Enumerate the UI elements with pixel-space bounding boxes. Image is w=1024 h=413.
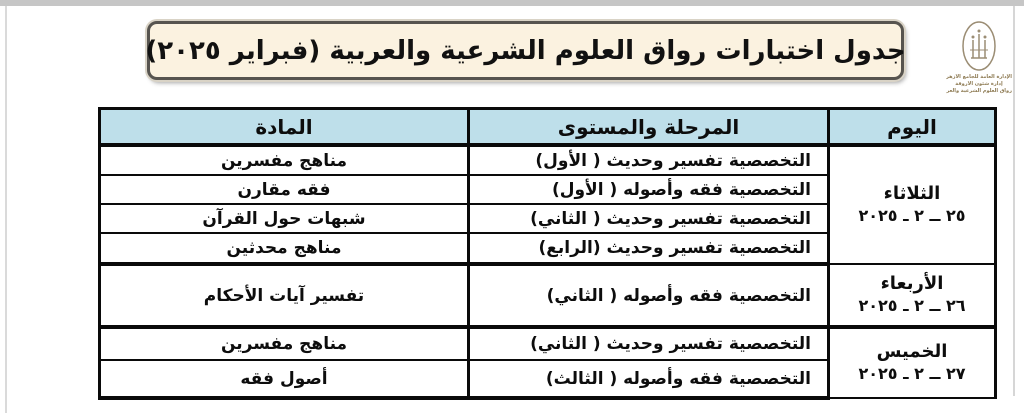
column-header-subject: المادة — [100, 109, 469, 146]
day-date: ٢٥ ــ ٢ ـ ٢٠٢٥ — [836, 205, 988, 227]
day-date: ٢٧ ــ ٢ ـ ٢٠٢٥ — [836, 363, 988, 385]
stage-cell: التخصصية تفسير وحديث ( الثاني) — [469, 204, 829, 233]
table-header-row: اليوم المرحلة والمستوى المادة — [100, 109, 996, 146]
stage-cell: التخصصية تفسير وحديث ( الثاني) — [469, 327, 829, 360]
logo-caption-line2: إدارة شئون الأروقة — [946, 81, 1012, 88]
stage-cell: التخصصية فقه وأصوله ( الثالث) — [469, 360, 829, 398]
logo-caption-line1: الإدارة العامة للجامع الأزهر الشريف — [946, 74, 1012, 81]
day-cell-tuesday: الثلاثاء ٢٥ ــ ٢ ـ ٢٠٢٥ — [829, 145, 996, 264]
stage-cell: التخصصية تفسير وحديث ( الأول) — [469, 145, 829, 175]
column-header-stage: المرحلة والمستوى — [469, 109, 829, 146]
stage-cell: التخصصية فقه وأصوله ( الثاني) — [469, 264, 829, 327]
title-banner: جدول اختبارات رواق العلوم الشرعية والعرب… — [147, 21, 904, 80]
azhar-logo: الإدارة العامة للجامع الأزهر الشريف إدار… — [946, 20, 1012, 95]
subject-cell: تفسير آيات الأحكام — [100, 264, 469, 327]
table-row: الأربعاء ٢٦ ــ ٢ ـ ٢٠٢٥ التخصصية فقه وأص… — [100, 264, 996, 327]
day-cell-thursday: الخميس ٢٧ ــ ٢ ـ ٢٠٢٥ — [829, 327, 996, 398]
scan-edge-top — [0, 0, 1024, 6]
day-date: ٢٦ ــ ٢ ـ ٢٠٢٥ — [836, 295, 988, 317]
day-cell-wednesday: الأربعاء ٢٦ ــ ٢ ـ ٢٠٢٥ — [829, 264, 996, 327]
document-page: جدول اختبارات رواق العلوم الشرعية والعرب… — [0, 0, 1024, 413]
mosque-emblem-icon — [946, 20, 1012, 72]
logo-caption: الإدارة العامة للجامع الأزهر الشريف إدار… — [946, 74, 1012, 95]
table-row: الخميس ٢٧ ــ ٢ ـ ٢٠٢٥ التخصصية تفسير وحد… — [100, 327, 996, 360]
subject-cell: مناهج محدثين — [100, 233, 469, 264]
logo-caption-line3: رواق العلوم الشرعية والعربية — [946, 88, 1012, 95]
subject-cell: أصول فقه — [100, 360, 469, 398]
subject-cell: مناهج مفسرين — [100, 327, 469, 360]
day-name: الأربعاء — [836, 273, 988, 295]
day-name: الثلاثاء — [836, 183, 988, 205]
exam-schedule-table: اليوم المرحلة والمستوى المادة الثلاثاء ٢… — [98, 107, 997, 400]
page-title: جدول اختبارات رواق العلوم الشرعية والعرب… — [145, 36, 905, 66]
scan-edge-left — [5, 6, 7, 413]
subject-cell: شبهات حول القرآن — [100, 204, 469, 233]
subject-cell: فقه مقارن — [100, 175, 469, 204]
stage-cell: التخصصية فقه وأصوله ( الأول) — [469, 175, 829, 204]
day-name: الخميس — [836, 341, 988, 363]
stage-cell: التخصصية تفسير وحديث (الرابع) — [469, 233, 829, 264]
subject-cell: مناهج مفسرين — [100, 145, 469, 175]
scan-edge-right — [1013, 6, 1015, 396]
column-header-day: اليوم — [829, 109, 996, 146]
table-row: الثلاثاء ٢٥ ــ ٢ ـ ٢٠٢٥ التخصصية تفسير و… — [100, 145, 996, 175]
